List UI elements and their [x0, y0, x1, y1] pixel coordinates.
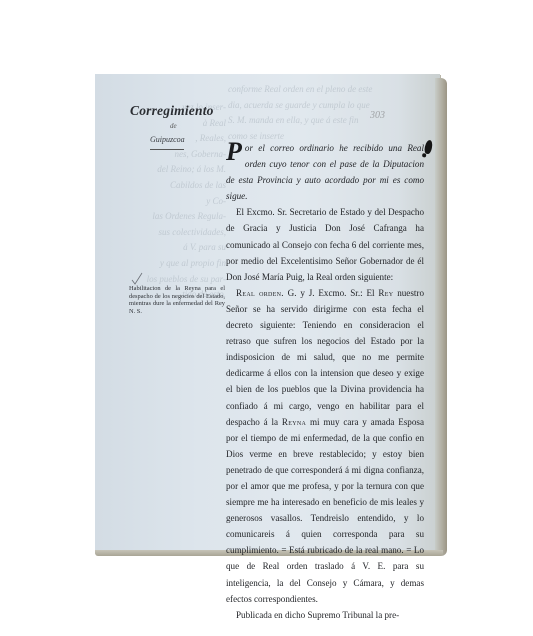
header-title: Corregimiento — [130, 103, 214, 119]
header-rule — [150, 149, 184, 150]
paragraph-3: Publicada en dicho Supremo Tribunal la p… — [226, 607, 424, 623]
real-orden-label: Real orden. — [236, 288, 284, 298]
rey-word: Rey — [378, 288, 393, 298]
reyna-word: Reyna — [282, 417, 306, 427]
intro-paragraph: Por el correo ordinario he recibido una … — [226, 140, 424, 204]
paragraph-2: Real orden. G. y J. Excmo. Sr.: El Rey n… — [226, 285, 424, 607]
handwritten-folio-number: 303 — [370, 110, 385, 121]
header-province: Guipuzcoa — [150, 135, 185, 144]
bleed-through-top: conforme Real orden en el pleno de este … — [228, 82, 378, 144]
checkmark-icon — [131, 272, 143, 286]
paragraph-2-text-c: mi muy cara y amada Esposa por el tiempo… — [226, 417, 424, 604]
margin-note: Habilitacion de la Reyna para el despach… — [129, 285, 225, 315]
paragraph-1: El Excmo. Sr. Secretario de Estado y del… — [226, 204, 424, 284]
paragraph-2-text-a: G. y J. Excmo. Sr.: El — [284, 288, 379, 298]
document-body: Por el correo ordinario he recibido una … — [226, 140, 424, 623]
page-edge-shadow — [435, 78, 447, 556]
document-header: Corregimiento de Guipuzcoa — [130, 103, 214, 119]
intro-text: or el correo ordinario he recibido una R… — [226, 143, 424, 201]
drop-cap: P — [226, 141, 242, 163]
header-de: de — [170, 122, 177, 130]
paragraph-2-text-b: nuestro Señor se ha servido dirigirme co… — [226, 288, 424, 427]
